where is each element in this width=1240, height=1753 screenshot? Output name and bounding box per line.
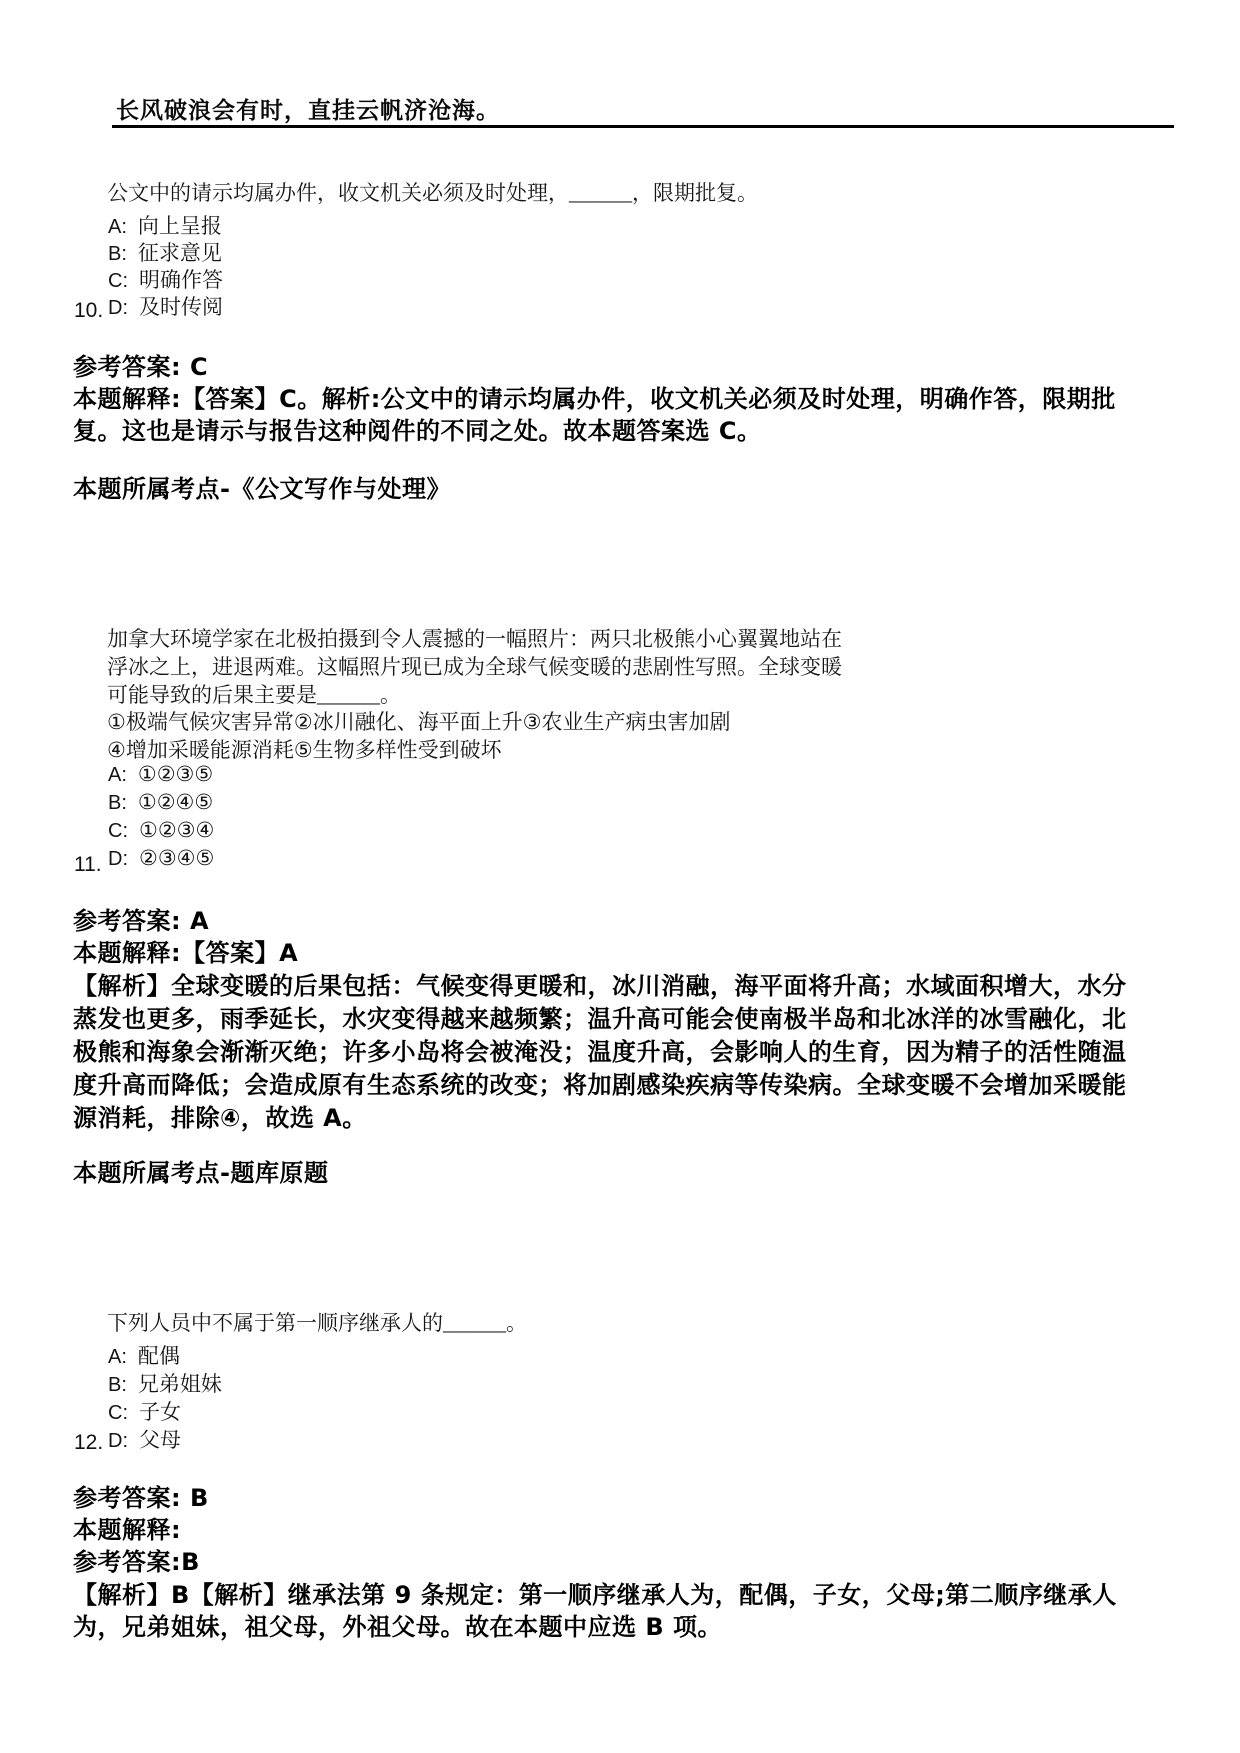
q11-option-b-letter: B: [108,792,127,814]
header-motto: 长风破浪会有时，直挂云帆济沧海。 [116,92,500,125]
q11-reference-answer: 参考答案: A [73,901,209,936]
q11-option-a: A:①②③⑤ [108,762,213,787]
q11-explanation-line-1: 本题解释:【答案】A [73,933,298,968]
q11-option-d-letter: D: [108,848,128,870]
q10-reference-answer: 参考答案: C [73,347,208,382]
q11-option-c: C:①②③④ [108,818,214,843]
q10-option-a-letter: A: [108,216,127,238]
q12-option-a-text: 配偶 [138,1344,180,1368]
q10-option-d: D:及时传阅 [108,291,223,321]
q10-text-line: 公文中的请示均属办件，收文机关必须及时处理，______，限期批复。 [107,177,758,207]
document-page: 长风破浪会有时，直挂云帆济沧海。 公文中的请示均属办件，收文机关必须及时处理，_… [0,0,1240,1753]
q11-explanation-line-5: 度升高而降低；会造成原有生态系统的改变；将加剧感染疾病等传染病。全球变暖不会增加… [73,1065,1127,1100]
q10-explanation-line-2: 复。这也是请示与报告这种阅件的不同之处。故本题答案选 C。 [73,411,761,446]
q10-option-c-text: 明确作答 [139,268,223,292]
q11-option-b: B:①②④⑤ [108,790,213,815]
q12-option-c: C:子女 [108,1396,181,1426]
q12-option-a: A:配偶 [108,1340,180,1370]
q11-option-c-letter: C: [108,820,128,842]
q11-option-c-text: ①②③④ [139,818,214,842]
q12-explanation-header: 本题解释: [73,1510,181,1545]
q11-text-line-1: 加拿大环境学家在北极拍摄到令人震撼的一幅照片：两只北极熊小心翼翼地站在 [107,623,842,653]
q11-explanation-line-4: 极熊和海象会渐渐灭绝；许多小岛将会被淹没；温度升高，会影响人的生育，因为精子的活… [73,1032,1127,1067]
q11-explanation-line-2: 【解析】全球变暖的后果包括：气候变得更暖和，冰川消融，海平面将升高；水域面积增大… [73,966,1127,1001]
q12-text-line: 下列人员中不属于第一顺序继承人的______。 [107,1307,527,1337]
q10-option-c: C:明确作答 [108,264,223,294]
q10-option-b-letter: B: [108,243,127,265]
q11-option-d: D:②③④⑤ [108,846,214,871]
q12-number: 12. [74,1431,103,1455]
q12-option-b-text: 兄弟姐妹 [138,1372,222,1396]
q11-option-a-letter: A: [108,764,127,786]
q11-text-line-5: ④增加采暖能源消耗⑤生物多样性受到破坏 [107,734,502,764]
q12-option-b: B:兄弟姐妹 [108,1368,222,1398]
q10-option-d-text: 及时传阅 [139,295,223,319]
q10-option-a-text: 向上呈报 [138,214,222,238]
q11-option-a-text: ①②③⑤ [138,762,213,786]
q12-option-c-text: 子女 [139,1400,181,1424]
q12-option-d-text: 父母 [139,1428,181,1452]
q12-reference-answer: 参考答案: B [73,1478,209,1513]
q11-explanation-line-6: 源消耗，排除④，故选 A。 [73,1098,367,1133]
q11-text-line-4: ①极端气候灾害异常②冰川融化、海平面上升③农业生产病虫害加剧 [107,706,730,736]
q10-option-b-text: 征求意见 [138,241,222,265]
q10-option-c-letter: C: [108,270,128,292]
q11-number: 11. [74,853,102,877]
q11-topic: 本题所属考点-题库原题 [73,1153,328,1188]
q12-option-a-letter: A: [108,1346,127,1368]
q11-text-line-2: 浮冰之上，进退两难。这幅照片现已成为全球气候变暖的悲剧性写照。全球变暖 [107,651,842,681]
q11-option-d-text: ②③④⑤ [139,846,214,870]
q12-option-d-letter: D: [108,1430,128,1452]
header-rule [112,125,1174,128]
q12-explanation-line-1: 【解析】B【解析】继承法第 9 条规定：第一顺序继承人为，配偶，子女，父母;第二… [73,1575,1117,1610]
q10-topic: 本题所属考点-《公文写作与处理》 [73,469,451,504]
q11-option-b-text: ①②④⑤ [138,790,213,814]
q10-option-a: A:向上呈报 [108,210,222,240]
q11-explanation-line-3: 蒸发也更多，雨季延长，水灾变得越来越频繁；温升高可能会使南极半岛和北冰洋的冰雪融… [73,999,1127,1034]
q12-option-b-letter: B: [108,1374,127,1396]
q12-option-c-letter: C: [108,1402,128,1424]
q10-option-d-letter: D: [108,297,128,319]
q12-explanation-line-2: 为，兄弟姐妹，祖父母，外祖父母。故在本题中应选 B 项。 [73,1607,722,1642]
q12-option-d: D:父母 [108,1424,181,1454]
q12-reference-answer-2: 参考答案:B [73,1542,200,1577]
q11-text-line-3: 可能导致的后果主要是______。 [107,679,401,709]
q10-explanation-line-1: 本题解释:【答案】C。解析:公文中的请示均属办件，收文机关必须及时处理，明确作答… [73,379,1116,414]
q10-option-b: B:征求意见 [108,237,222,267]
q10-number: 10. [74,299,103,323]
